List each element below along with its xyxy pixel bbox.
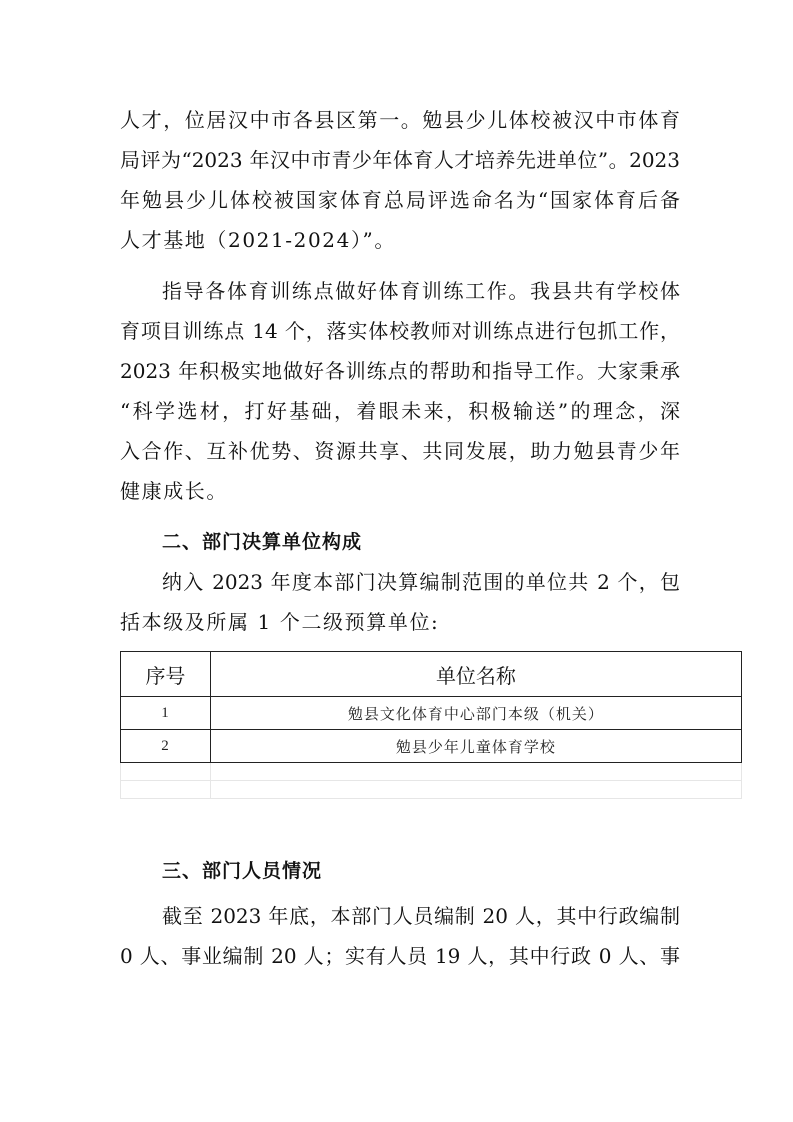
- paragraph-line: 年勉县少儿体校被国家体育总局评选命名为“国家体育后备: [120, 188, 680, 212]
- paragraph-line: 指导各体育训练点做好体育训练工作。我县共有学校体: [162, 279, 680, 303]
- empty-cell: [121, 763, 211, 781]
- paragraph-line: 入合作、互补优势、资源共享、共同发展，助力勉县青少年: [120, 439, 680, 463]
- cell-unit-name: 勉县少年儿童体育学校: [210, 730, 741, 763]
- section-heading-staff: 三、部门人员情况: [162, 859, 322, 883]
- empty-cell: [210, 781, 741, 799]
- paragraph-line: 括本级及所属 1 个二级预算单位:: [120, 610, 680, 634]
- paragraph-line: 人才基地（2021-2024）”。: [120, 228, 680, 252]
- paragraph-line: 人才，位居汉中市各县区第一。勉县少儿体校被汉中市体育: [120, 108, 680, 132]
- empty-cell: [121, 781, 211, 799]
- paragraph-line: 0 人、事业编制 20 人；实有人员 19 人，其中行政 0 人、事: [120, 944, 680, 968]
- table-header-row: 序号 单位名称: [121, 652, 742, 697]
- header-cell-serial-number: 序号: [121, 652, 211, 697]
- table-empty-row: [121, 781, 742, 799]
- paragraph-line: “科学选材，打好基础，着眼未来，积极输送”的理念，深: [120, 399, 680, 423]
- paragraph-line: 纳入 2023 年度本部门决算编制范围的单位共 2 个，包: [162, 570, 680, 594]
- paragraph-line: 育项目训练点 14 个，落实体校教师对训练点进行包抓工作，: [120, 319, 680, 343]
- paragraph-line: 2023 年积极实地做好各训练点的帮助和指导工作。大家秉承: [120, 359, 680, 383]
- units-table: 序号 单位名称 1 勉县文化体育中心部门本级（机关） 2 勉县少年儿童体育学校: [120, 651, 742, 799]
- paragraph-line: 局评为“2023 年汉中市青少年体育人才培养先进单位”。2023: [120, 148, 680, 172]
- cell-unit-name: 勉县文化体育中心部门本级（机关）: [210, 697, 741, 730]
- cell-serial-number: 2: [121, 730, 211, 763]
- cell-serial-number: 1: [121, 697, 211, 730]
- paragraph-line: 健康成长。: [120, 479, 680, 503]
- header-cell-unit-name: 单位名称: [210, 652, 741, 697]
- table-row: 1 勉县文化体育中心部门本级（机关）: [121, 697, 742, 730]
- paragraph-line: 截至 2023 年底，本部门人员编制 20 人，其中行政编制: [162, 904, 680, 928]
- table-empty-row: [121, 763, 742, 781]
- section-heading-unit-composition: 二、部门决算单位构成: [162, 530, 362, 554]
- table-row: 2 勉县少年儿童体育学校: [121, 730, 742, 763]
- empty-cell: [210, 763, 741, 781]
